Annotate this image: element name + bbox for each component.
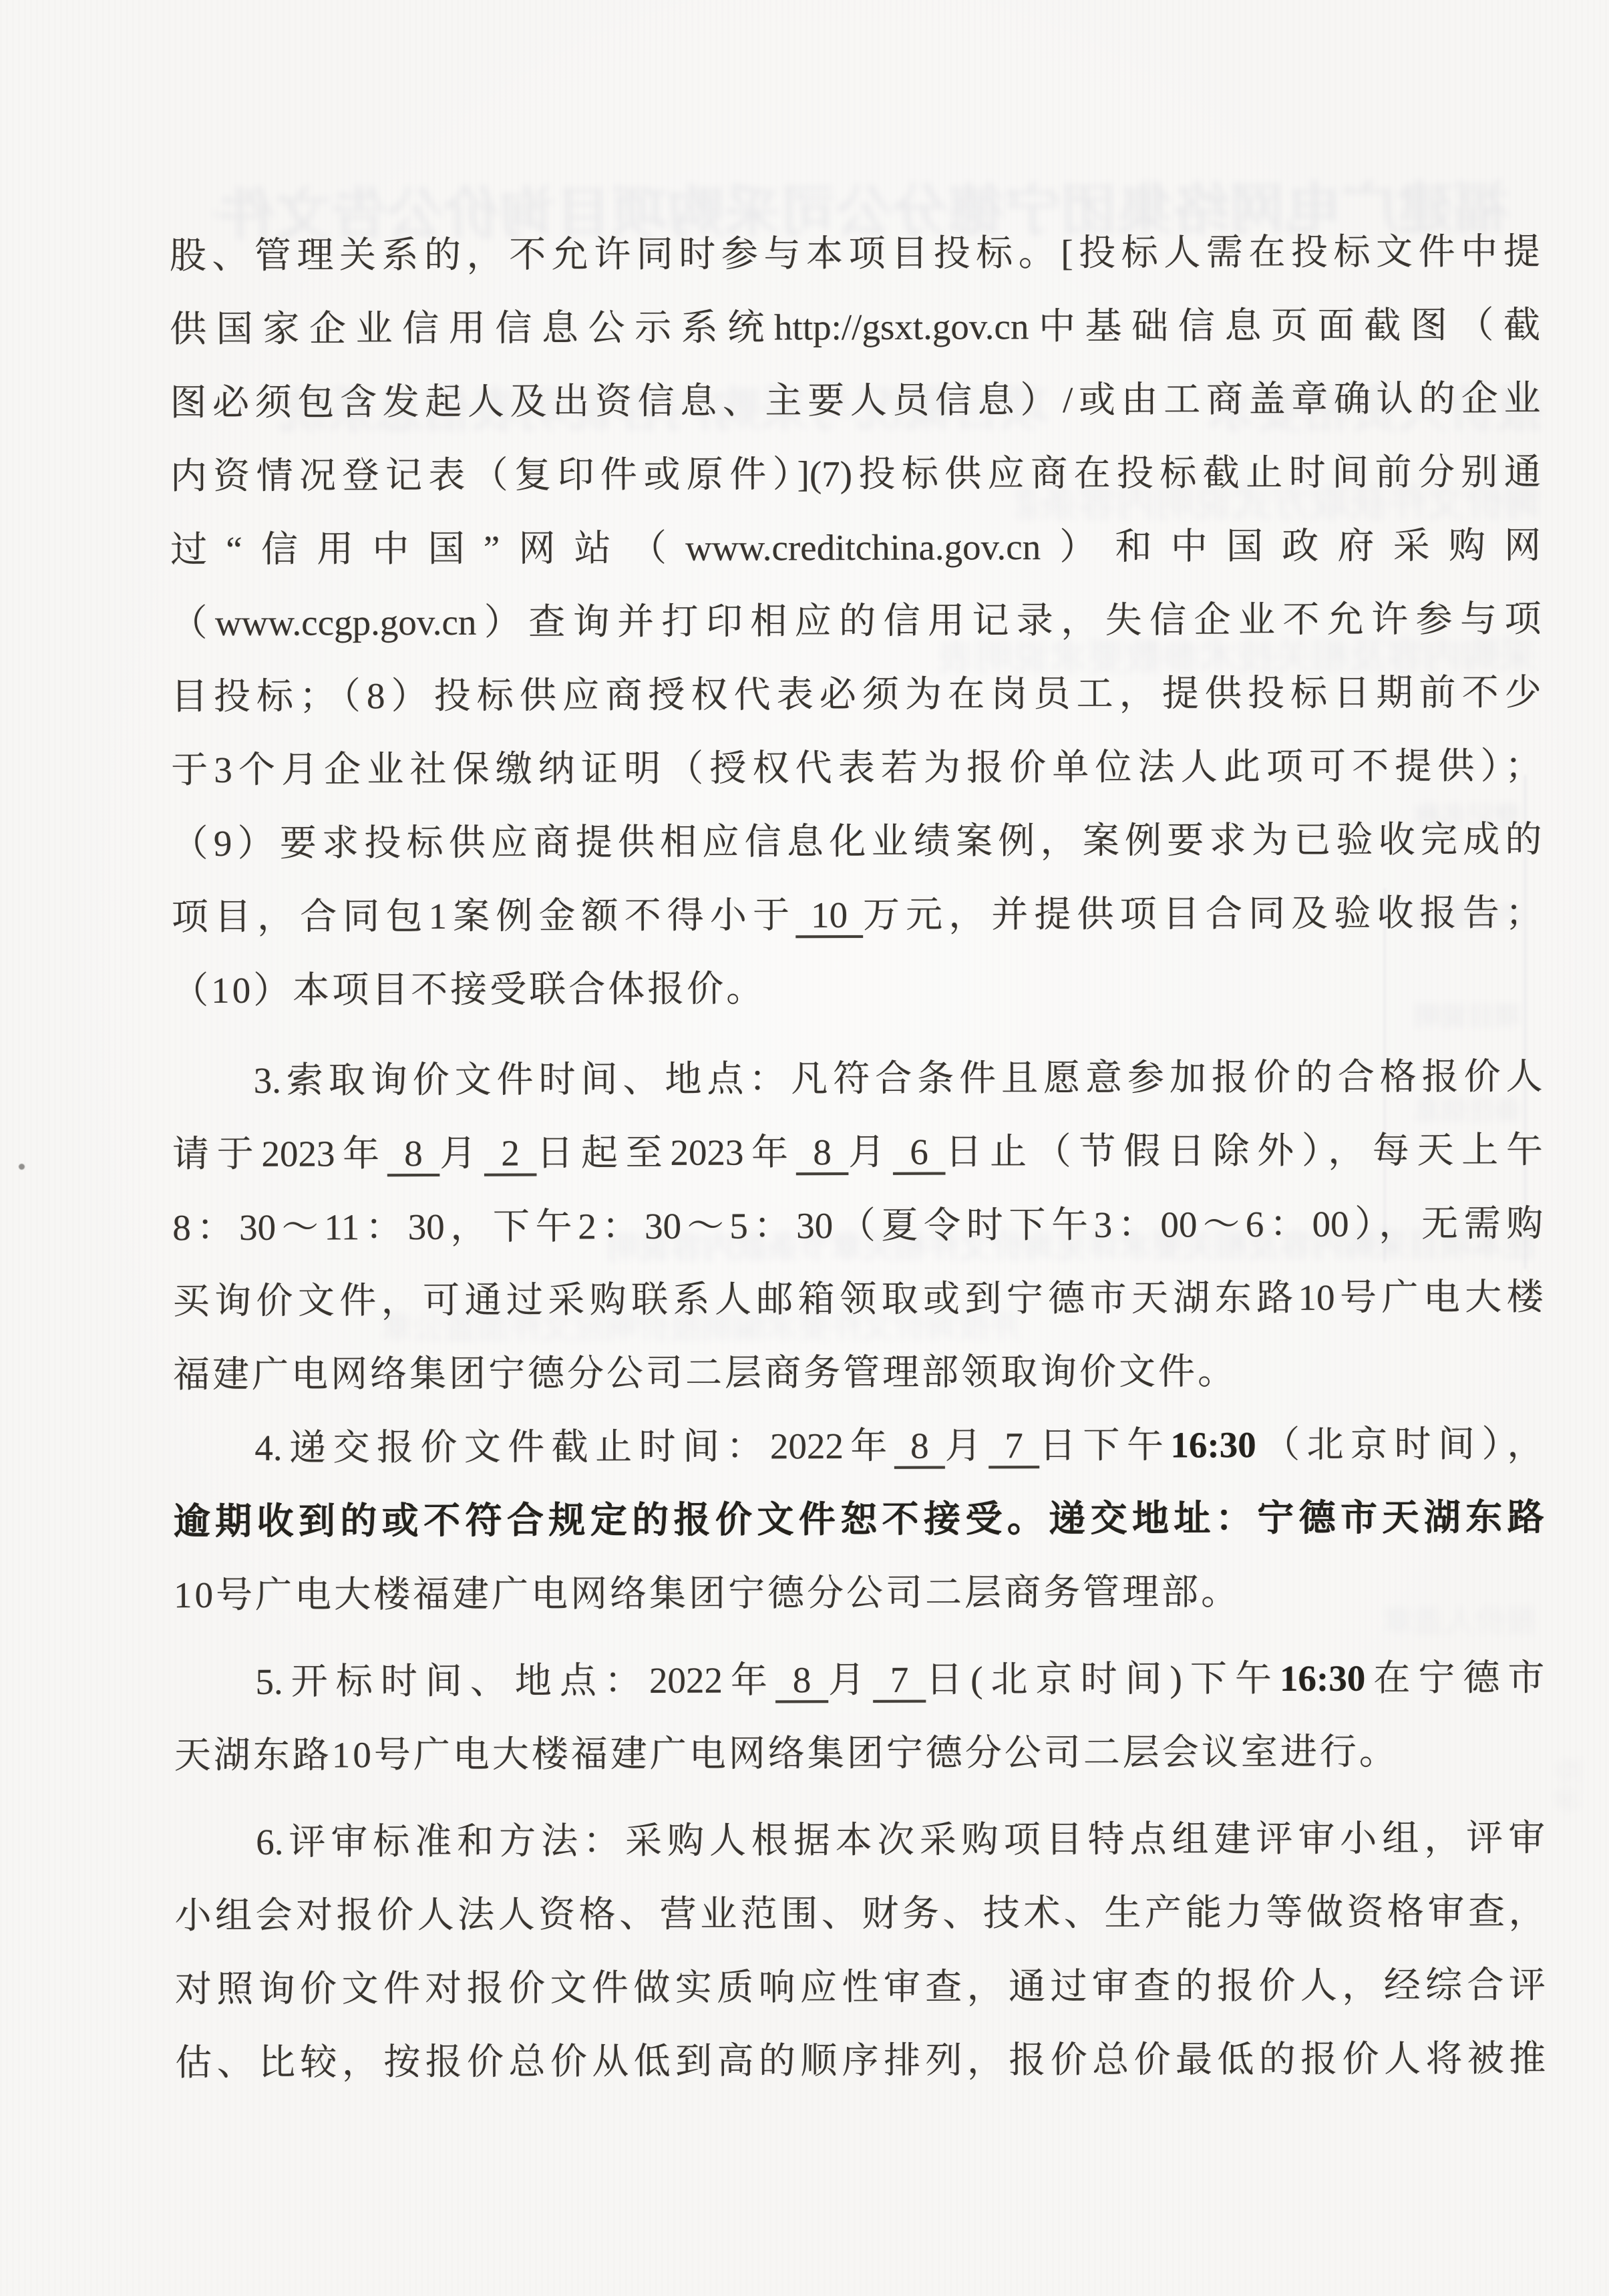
text-run: 目投标；（8）投标供应商授权代表必须为在岗员工，提供投标日期前不少 xyxy=(171,672,1542,717)
document-line: 内资情况登记表（复印件或原件）](7)投标供应商在投标截止时间前分别通 xyxy=(170,436,1541,513)
document-line: 福建广电网络集团宁德分公司二层商务管理部领取询价文件。 xyxy=(173,1334,1544,1412)
document-line: 请于2023年 8 月 2 日起至2023年 8 月 6 日止（节假日除外），每… xyxy=(172,1114,1543,1191)
text-run: 内资情况登记表（复印件或原件）](7)投标供应商在投标截止时间前分别通 xyxy=(170,452,1541,496)
document-line: 5.开标时间、地点：2022年 8 月 7 日(北京时间)下午16:30在宁德市 xyxy=(174,1641,1544,1719)
document-line: （www.ccgp.gov.cn）查询并打印相应的信用记录，失信企业不允许参与项 xyxy=(170,583,1541,660)
underlined-blank-value: 2 xyxy=(484,1133,537,1174)
text-run: 8：30～11：30，下午2：30～5：30（夏令时下午3：00～6：00），无… xyxy=(172,1203,1543,1248)
document-line: （9）要求投标供应商提供相应信息化业绩案例，案例要求为已验收完成的 xyxy=(171,803,1542,880)
document-line: 8：30～11：30，下午2：30～5：30（夏令时下午3：00～6：00），无… xyxy=(172,1187,1543,1265)
document-line: 对照询价文件对报价文件做实质响应性审查，通过审查的报价人，经综合评 xyxy=(175,1949,1546,2026)
text-run: 4.递交报价文件截止时间：2022年 xyxy=(254,1426,894,1468)
underlined-blank-value: 8 xyxy=(894,1426,945,1466)
bold-time-value: 16:30 xyxy=(1170,1424,1256,1465)
text-run: （10）本项目不接受联合体报价。 xyxy=(172,968,765,1011)
underlined-blank-value: 8 xyxy=(775,1659,828,1700)
underlined-blank-value: 6 xyxy=(893,1132,946,1172)
document-line: 天湖东路10号广电大楼福建广电网络集团宁德分公司二层会议室进行。 xyxy=(174,1715,1545,1792)
text-run: 月 xyxy=(828,1659,873,1700)
document-line: 10号广电大楼福建广电网络集团宁德分公司二层商务管理部。 xyxy=(174,1554,1544,1632)
text-run: 天湖东路10号广电大楼福建广电网络集团宁德分公司二层会议室进行。 xyxy=(174,1731,1399,1776)
text-run: 请于2023年 xyxy=(172,1133,387,1174)
document-line: 6.评审标准和方法：采购人根据本次采购项目特点组建评审小组，评审 xyxy=(174,1802,1545,1879)
document-line: 图必须包含发起人及出资信息、主要人员信息）/或由工商盖章确认的企业 xyxy=(170,362,1540,440)
text-run: 在宁德市 xyxy=(1365,1657,1544,1699)
document-line: 逾期收到的或不符合规定的报价文件恕不接受。递交地址：宁德市天湖东路 xyxy=(174,1481,1544,1559)
document-line: 项目，合同包1案例金额不得小于 10 万元，并提供项目合同及验收报告； xyxy=(172,876,1542,954)
text-run: （北京时间）， xyxy=(1256,1424,1544,1465)
scanned-document-page: 福建广电网络集团宁德分公司采购项目询价公告文件信息网络设备项目概况与采购内容说明… xyxy=(0,0,1609,2296)
text-run: （www.ccgp.gov.cn）查询并打印相应的信用记录，失信企业不允许参与项 xyxy=(170,599,1541,643)
document-line: 股、管理关系的，不允许同时参与本项目投标。[投标人需在投标文件中提 xyxy=(170,215,1540,293)
text-run: 对照询价文件对报价文件做实质响应性审查，通过审查的报价人，经综合评 xyxy=(175,1965,1546,2009)
text-run: 月 xyxy=(439,1133,484,1174)
document-line: 于3个月企业社保缴纳证明（授权代表若为报价单位法人此项可不提供）； xyxy=(171,729,1542,807)
document-line: 买询价文件，可通过采购联系人邮箱领取或到宁德市天湖东路10号广电大楼 xyxy=(172,1261,1543,1338)
document-line: （10）本项目不接受联合体报价。 xyxy=(172,950,1542,1027)
text-run: 逾期收到的或不符合规定的报价文件恕不接受。递交地址：宁德市天湖东路 xyxy=(174,1497,1544,1542)
text-run: 3.索取询价文件时间、地点：凡符合条件且愿意参加报价的合格报价人 xyxy=(254,1056,1543,1101)
document-line: 3.索取询价文件时间、地点：凡符合条件且愿意参加报价的合格报价人 xyxy=(172,1040,1542,1118)
text-run: 月 xyxy=(945,1425,989,1466)
bold-time-value: 16:30 xyxy=(1280,1658,1366,1699)
text-run: 日起至2023年 xyxy=(536,1132,796,1173)
text-run: 小组会对报价人法人资格、营业范围、财务、技术、生产能力等做资格审查， xyxy=(174,1891,1545,1936)
document-line: 过“信用中国”网站（www.creditchina.gov.cn）和中国政府采购… xyxy=(170,509,1541,587)
text-run: 过“信用中国”网站（www.creditchina.gov.cn）和中国政府采购… xyxy=(170,525,1541,570)
text-run: 图必须包含发起人及出资信息、主要人员信息）/或由工商盖章确认的企业 xyxy=(170,378,1540,423)
document-line: 小组会对报价人法人资格、营业范围、财务、技术、生产能力等做资格审查， xyxy=(174,1875,1545,1953)
text-run: （9）要求投标供应商提供相应信息化业绩案例，案例要求为已验收完成的 xyxy=(171,819,1542,864)
text-run: 项目，合同包1案例金额不得小于 xyxy=(172,894,796,937)
document-line: 估、比较，按报价总价从低到高的顺序排列，报价总价最低的报价人将被推 xyxy=(175,2022,1546,2100)
text-run: 5.开标时间、地点：2022年 xyxy=(255,1659,775,1701)
underlined-blank-value: 7 xyxy=(873,1659,926,1700)
text-run: 6.评审标准和方法：采购人根据本次采购项目特点组建评审小组，评审 xyxy=(256,1818,1545,1862)
text-run: 供国家企业信用信息公示系统http://gsxt.gov.cn中基础信息页面截图… xyxy=(170,305,1540,349)
text-run: 月 xyxy=(848,1132,893,1172)
document-body: 股、管理关系的，不允许同时参与本项目投标。[投标人需在投标文件中提供国家企业信用… xyxy=(170,215,1546,2100)
text-run: 股、管理关系的，不允许同时参与本项目投标。[投标人需在投标文件中提 xyxy=(170,231,1540,276)
document-line: 供国家企业信用信息公示系统http://gsxt.gov.cn中基础信息页面截图… xyxy=(170,289,1540,366)
text-run: 于3个月企业社保缴纳证明（授权代表若为报价单位法人此项可不提供）； xyxy=(171,746,1542,790)
document-line: 目投标；（8）投标供应商授权代表必须为在岗员工，提供投标日期前不少 xyxy=(171,656,1542,733)
text-run: 买询价文件，可通过采购联系人邮箱领取或到宁德市天湖东路10号广电大楼 xyxy=(173,1277,1544,1321)
text-run: 日下午 xyxy=(1039,1425,1171,1466)
text-run: 日止（节假日除外），每天上午 xyxy=(945,1130,1543,1172)
scan-speck xyxy=(19,1164,25,1170)
text-run: 估、比较，按报价总价从低到高的顺序排列，报价总价最低的报价人将被推 xyxy=(175,2038,1546,2083)
text-run: 日(北京时间)下午 xyxy=(926,1658,1280,1700)
underlined-blank-value: 10 xyxy=(795,894,863,935)
text-run: 万元，并提供项目合同及验收报告； xyxy=(863,892,1542,935)
document-line: 4.递交报价文件截止时间：2022年 8 月 7 日下午16:30（北京时间）， xyxy=(173,1408,1544,1485)
underlined-blank-value: 8 xyxy=(387,1133,440,1174)
bleedthrough-text-smudge: 业务专用章说明 xyxy=(1544,1754,1588,1816)
underlined-blank-value: 8 xyxy=(796,1132,849,1172)
text-run: 福建广电网络集团宁德分公司二层商务管理部领取询价文件。 xyxy=(173,1351,1237,1395)
underlined-blank-value: 7 xyxy=(989,1425,1039,1466)
text-run: 10号广电大楼福建广电网络集团宁德分公司二层商务管理部。 xyxy=(174,1571,1240,1615)
